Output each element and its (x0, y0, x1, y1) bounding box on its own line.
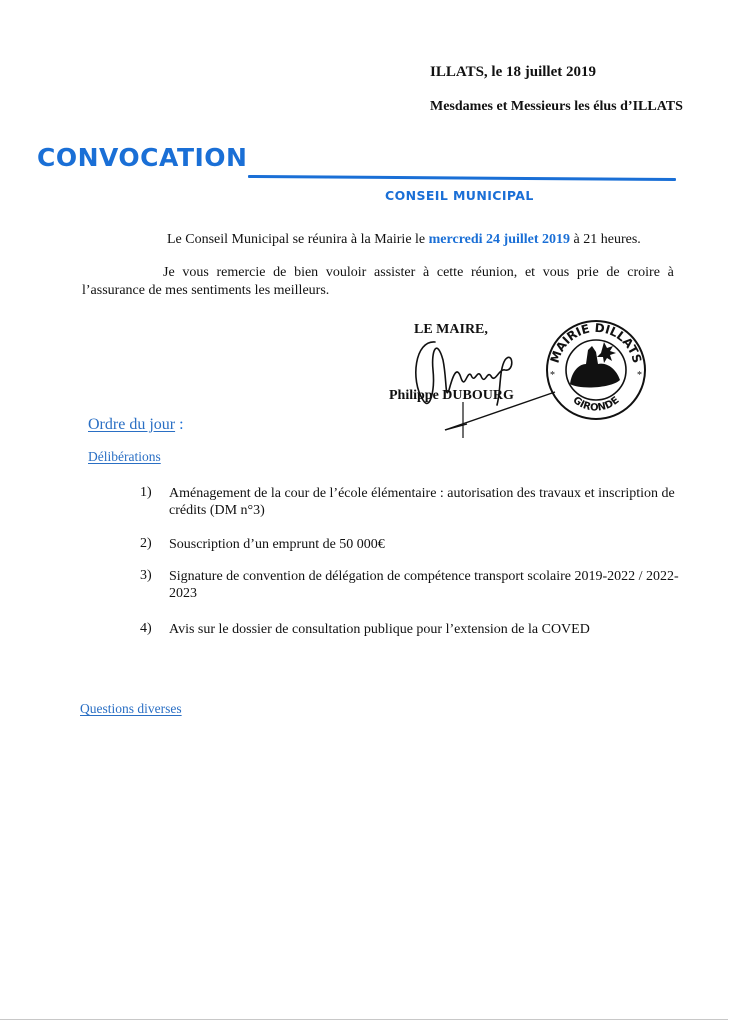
letter-date: ILLATS, le 18 juillet 2019 (430, 64, 596, 81)
agenda-item-text: Avis sur le dossier de consultation publ… (169, 621, 679, 638)
title-underline-rule (248, 175, 676, 181)
courtesy-paragraph-line-1: Je vous remercie de bien vouloir assiste… (163, 265, 674, 281)
deliberations-heading: Délibérations (88, 449, 161, 465)
announcement-text-before: Le Conseil Municipal se réunira à la Mai… (167, 232, 429, 247)
agenda-item-text: Souscription d’un emprunt de 50 000€ (169, 536, 679, 553)
agenda-item-text: Signature de convention de délégation de… (169, 568, 679, 602)
document-title: CONVOCATION (37, 143, 247, 172)
svg-text:*: * (550, 370, 555, 381)
recipients-line: Mesdames et Messieurs les élus d’ILLATS (430, 99, 683, 115)
town-hall-stamp-icon: MAIRIE DILLATS GIRONDE * * (540, 318, 652, 422)
announcement-text-after: à 21 heures. (570, 232, 641, 247)
document-subtitle: CONSEIL MUNICIPAL (385, 188, 534, 203)
agenda-item-number: 4) (140, 621, 152, 637)
agenda-item-number: 1) (140, 485, 152, 501)
courtesy-paragraph-line-2: l’assurance de mes sentiments les meille… (82, 283, 329, 299)
meeting-date: mercredi 24 juillet 2019 (429, 232, 570, 247)
agenda-item-number: 3) (140, 568, 152, 584)
agenda-heading: Ordre du jour : (88, 416, 184, 434)
agenda-heading-text: Ordre du jour (88, 416, 175, 433)
agenda-item-number: 2) (140, 536, 152, 552)
meeting-announcement: Le Conseil Municipal se réunira à la Mai… (167, 232, 641, 248)
scan-edge-line (0, 1019, 728, 1020)
misc-questions-heading: Questions diverses (80, 701, 182, 717)
agenda-item-text: Aménagement de la cour de l’école élémen… (169, 485, 679, 519)
agenda-heading-colon: : (175, 416, 183, 433)
svg-text:GIRONDE: GIRONDE (571, 395, 622, 414)
svg-text:*: * (637, 370, 642, 381)
